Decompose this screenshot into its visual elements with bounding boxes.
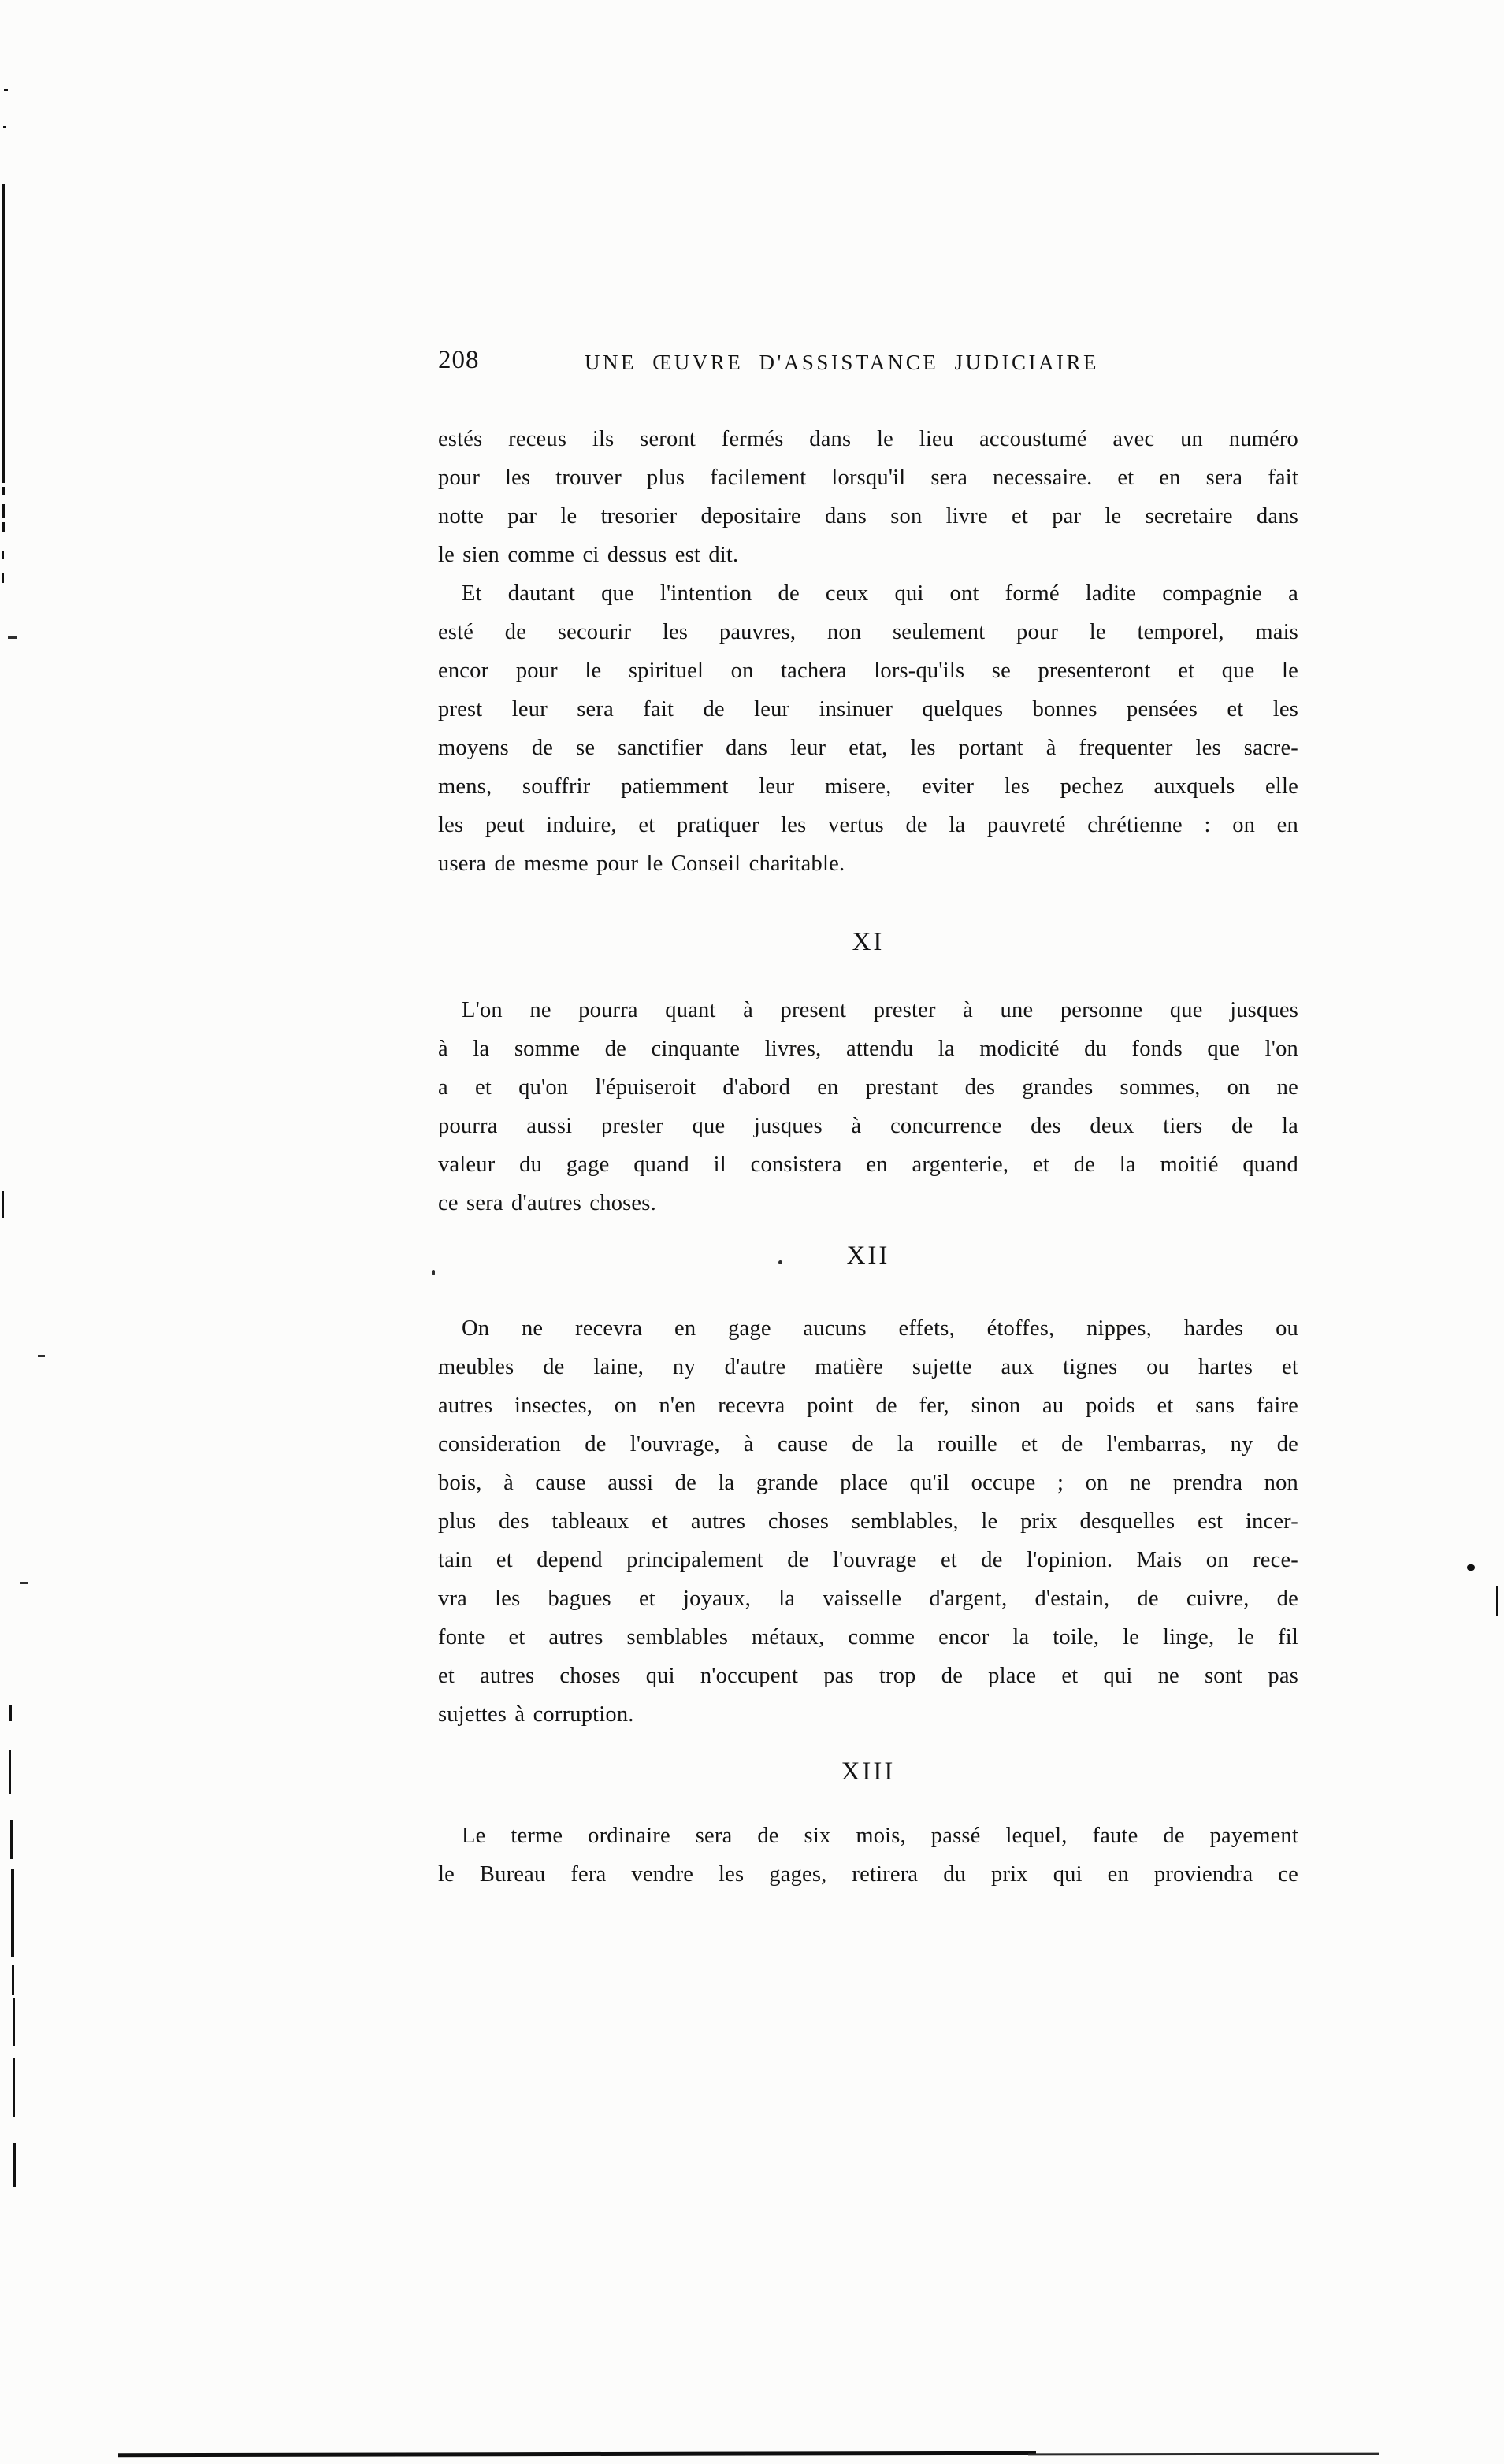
text-line: L'on ne pourra quant à present prester à… <box>438 991 1298 1030</box>
scan-mark <box>11 1869 14 1957</box>
paragraph: L'on ne pourra quant à present prester à… <box>438 991 1298 1223</box>
paragraph: estés receus ils seront fermés dans le l… <box>438 420 1298 574</box>
scan-mark <box>778 1260 782 1264</box>
text-line: le Bureau fera vendre les gages, retirer… <box>438 1855 1298 1894</box>
paragraph: Et dautant que l'intention de ceux qui o… <box>438 574 1298 883</box>
scan-mark <box>13 1998 15 2046</box>
section-heading: XI <box>438 923 1298 961</box>
scan-mark <box>13 2058 15 2117</box>
scan-mark <box>2 1191 4 1218</box>
scan-mark <box>38 1355 45 1357</box>
text-block: 208 UNE ŒUVRE D'ASSISTANCE JUDICIAIRE es… <box>438 343 1298 1894</box>
text-line: notte par le tresorier depositaire dans … <box>438 497 1298 536</box>
scan-mark <box>20 1582 28 1584</box>
text-line: et autres choses qui n'occupent pas trop… <box>438 1657 1298 1695</box>
text-line: sujettes à corruption. <box>438 1695 1298 1734</box>
scan-mark <box>1467 1564 1475 1571</box>
section-heading: XII <box>438 1237 1298 1275</box>
section-heading: XIII <box>438 1753 1298 1790</box>
text-line: encor pour le spirituel on tachera lors-… <box>438 651 1298 690</box>
text-line: esté de secourir les pauvres, non seulem… <box>438 613 1298 651</box>
text-line: les peut induire, et pratiquer les vertu… <box>438 806 1298 844</box>
scan-mark <box>2 184 5 483</box>
text-line: prest leur sera fait de leur insinuer qu… <box>438 690 1298 729</box>
page-number: 208 <box>438 343 480 377</box>
body-text: estés receus ils seront fermés dans le l… <box>438 420 1298 1894</box>
text-line: à la somme de cinquante livres, attendu … <box>438 1030 1298 1068</box>
text-line: Et dautant que l'intention de ceux qui o… <box>438 574 1298 613</box>
text-line: pourra aussi prester que jusques à concu… <box>438 1107 1298 1145</box>
scanned-book-page: 208 UNE ŒUVRE D'ASSISTANCE JUDICIAIRE es… <box>0 0 1504 2464</box>
text-line: On ne recevra en gage aucuns effets, éto… <box>438 1309 1298 1348</box>
scan-mark <box>2 573 4 583</box>
text-line: valeur du gage quand il consistera en ar… <box>438 1145 1298 1184</box>
text-line: estés receus ils seront fermés dans le l… <box>438 420 1298 458</box>
scan-mark <box>13 2143 16 2187</box>
text-line: mens, souffrir patiemment leur misere, e… <box>438 767 1298 806</box>
scan-mark <box>3 126 6 128</box>
text-line: vra les bagues et joyaux, la vaisselle d… <box>438 1579 1298 1618</box>
scan-mark <box>9 1750 11 1794</box>
scan-mark <box>10 1820 13 1859</box>
text-line: fonte et autres semblables métaux, comme… <box>438 1618 1298 1657</box>
scan-mark <box>432 1270 435 1275</box>
text-line: autres insectes, on n'en recevra point d… <box>438 1386 1298 1425</box>
scan-mark <box>1496 1586 1498 1616</box>
scan-mark <box>2 522 5 532</box>
paragraph: On ne recevra en gage aucuns effets, éto… <box>438 1309 1298 1734</box>
text-line: le sien comme ci dessus est dit. <box>438 536 1298 574</box>
text-line: a et qu'on l'épuiseroit d'abord en prest… <box>438 1068 1298 1107</box>
text-line: ce sera d'autres choses. <box>438 1184 1298 1223</box>
text-line: Le terme ordinaire sera de six mois, pas… <box>438 1816 1298 1855</box>
text-line: usera de mesme pour le Conseil charitabl… <box>438 844 1298 883</box>
scan-mark <box>2 551 4 559</box>
text-line: bois, à cause aussi de la grande place q… <box>438 1464 1298 1502</box>
text-line: moyens de se sanctifier dans leur etat, … <box>438 729 1298 767</box>
running-title: UNE ŒUVRE D'ASSISTANCE JUDICIAIRE <box>585 346 1099 379</box>
page-header: 208 UNE ŒUVRE D'ASSISTANCE JUDICIAIRE <box>438 343 1298 377</box>
page-bottom-rule-extension <box>1028 2453 1379 2456</box>
text-line: tain et depend principalement de l'ouvra… <box>438 1541 1298 1579</box>
scan-mark <box>9 1705 12 1721</box>
scan-mark <box>8 636 17 639</box>
page-bottom-rule <box>118 2451 1036 2457</box>
text-line: consideration de l'ouvrage, à cause de l… <box>438 1425 1298 1464</box>
scan-mark <box>12 1965 14 1995</box>
scan-mark <box>2 504 5 518</box>
scan-mark <box>2 487 5 495</box>
scan-mark <box>4 89 8 91</box>
text-line: pour les trouver plus facilement lorsqu'… <box>438 458 1298 497</box>
text-line: meubles de laine, ny d'autre matière suj… <box>438 1348 1298 1386</box>
paragraph: Le terme ordinaire sera de six mois, pas… <box>438 1816 1298 1894</box>
text-line: plus des tableaux et autres choses sembl… <box>438 1502 1298 1541</box>
